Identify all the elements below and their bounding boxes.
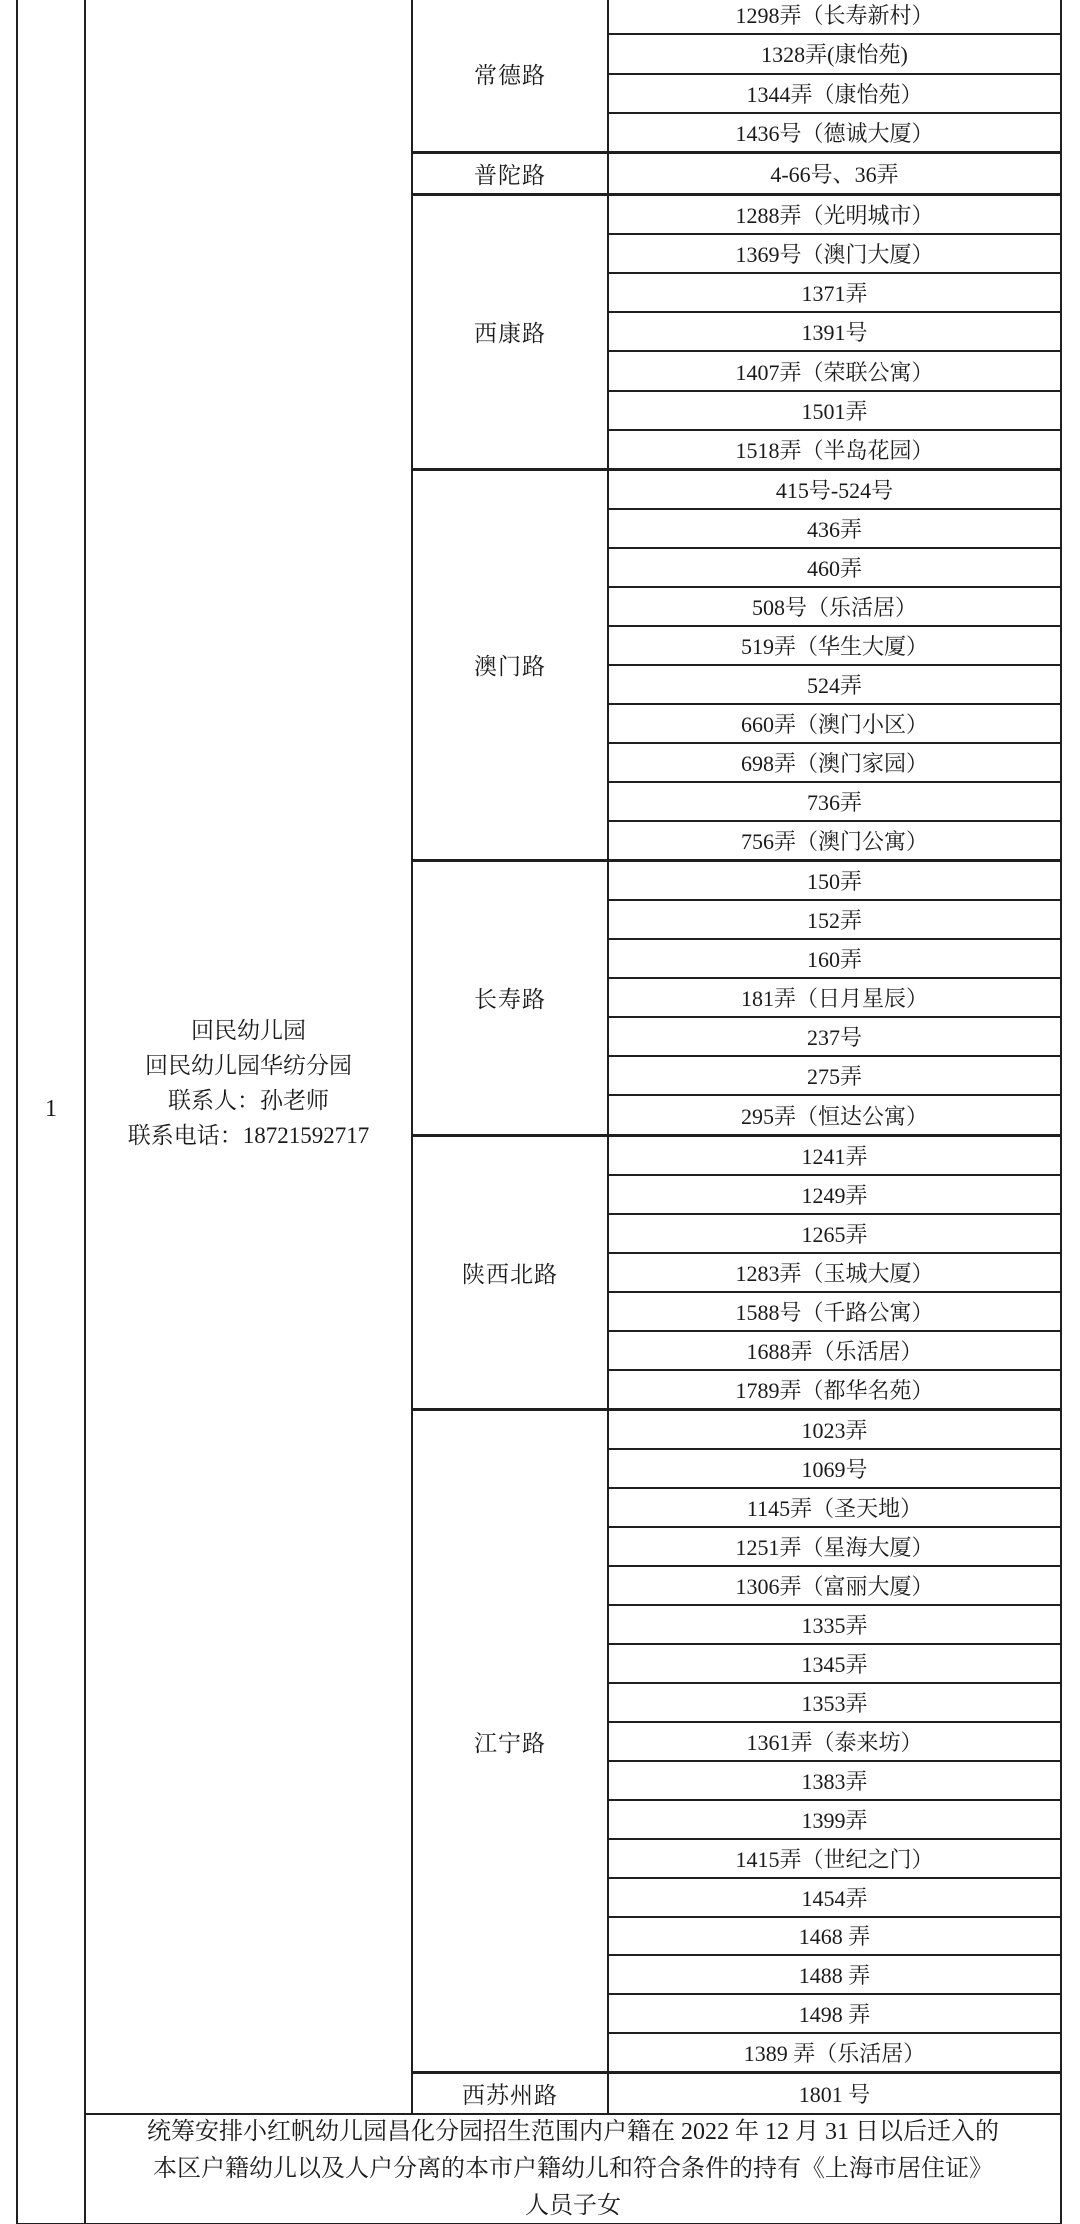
address-list: 1023弄1069号1145弄（圣天地）1251弄（星海大厦）1306弄（富丽大…	[609, 1411, 1060, 2071]
address-cell: 1344弄（康怡苑）	[609, 75, 1060, 114]
street-groups: 常德路1298弄（长寿新村）1328弄(康怡苑)1344弄（康怡苑）1436号（…	[413, 0, 1060, 2113]
address-cell: 1251弄（星海大厦）	[609, 1528, 1060, 1567]
street-name-cell: 西苏州路	[413, 2074, 609, 2113]
address-cell: 660弄（澳门小区）	[609, 705, 1060, 744]
street-name-cell: 陕西北路	[413, 1137, 609, 1409]
address-cell: 295弄（恒达公寓）	[609, 1096, 1060, 1133]
address-cell: 1488 弄	[609, 1956, 1060, 1995]
school-info-cell: 回民幼儿园回民幼儿园华纺分园联系人：孙老师联系电话：18721592717	[86, 0, 413, 2113]
document-page: 1 回民幼儿园回民幼儿园华纺分园联系人：孙老师联系电话：18721592717 …	[0, 0, 1080, 2224]
address-cell: 1369号（澳门大厦）	[609, 235, 1060, 274]
row-index: 1	[45, 1096, 57, 1123]
address-cell: 1283弄（玉城大厦）	[609, 1254, 1060, 1293]
address-list: 415号-524号436弄460弄508号（乐活居）519弄（华生大厦）524弄…	[609, 471, 1060, 859]
address-cell: 1345弄	[609, 1645, 1060, 1684]
street-group: 陕西北路1241弄1249弄1265弄1283弄（玉城大厦）1588号（千路公寓…	[413, 1137, 1060, 1412]
address-cell: 524弄	[609, 666, 1060, 705]
address-cell: 1391号	[609, 313, 1060, 352]
address-cell: 415号-524号	[609, 471, 1060, 510]
address-cell: 1328弄(康怡苑)	[609, 35, 1060, 74]
address-list: 150弄152弄160弄181弄（日月星辰）237号275弄295弄（恒达公寓）	[609, 862, 1060, 1134]
note-cell: 统筹安排小红帆幼儿园昌化分园招生范围内户籍在 2022 年 12 月 31 日以…	[86, 2113, 1060, 2223]
street-name-cell: 普陀路	[413, 154, 609, 193]
address-cell: 275弄	[609, 1057, 1060, 1096]
street-group: 西康路1288弄（光明城市）1369号（澳门大厦）1371弄1391号1407弄…	[413, 196, 1060, 471]
address-cell: 152弄	[609, 901, 1060, 940]
address-cell: 1371弄	[609, 274, 1060, 313]
school-info-line: 回民幼儿园	[191, 1013, 306, 1048]
address-cell: 1069号	[609, 1450, 1060, 1489]
address-cell: 1361弄（泰来坊）	[609, 1723, 1060, 1762]
address-cell: 4-66号、36弄	[609, 154, 1060, 193]
street-group: 常德路1298弄（长寿新村）1328弄(康怡苑)1344弄（康怡苑）1436号（…	[413, 0, 1060, 154]
address-cell: 519弄（华生大厦）	[609, 627, 1060, 666]
address-list: 1241弄1249弄1265弄1283弄（玉城大厦）1588号（千路公寓）168…	[609, 1137, 1060, 1409]
school-info-line: 联系电话：18721592717	[128, 1118, 370, 1153]
address-cell: 1023弄	[609, 1411, 1060, 1450]
address-list: 1298弄（长寿新村）1328弄(康怡苑)1344弄（康怡苑）1436号（德诚大…	[609, 0, 1060, 151]
address-cell: 1518弄（半岛花园）	[609, 431, 1060, 468]
address-cell: 1801 号	[609, 2074, 1060, 2113]
address-cell: 1454弄	[609, 1879, 1060, 1918]
note-line: 本区户籍幼儿以及人户分离的本市户籍幼儿和符合条件的持有《上海市居住证》	[153, 2151, 993, 2188]
address-cell: 1306弄（富丽大厦）	[609, 1567, 1060, 1606]
note-line: 统筹安排小红帆幼儿园昌化分园招生范围内户籍在 2022 年 12 月 31 日以…	[147, 2114, 999, 2151]
address-cell: 1415弄（世纪之门）	[609, 1840, 1060, 1879]
address-cell: 1383弄	[609, 1762, 1060, 1801]
street-group: 江宁路1023弄1069号1145弄（圣天地）1251弄（星海大厦）1306弄（…	[413, 1411, 1060, 2074]
address-cell: 1399弄	[609, 1801, 1060, 1840]
address-cell: 1501弄	[609, 392, 1060, 431]
address-cell: 1436号（德诚大厦）	[609, 114, 1060, 151]
address-cell: 1288弄（光明城市）	[609, 196, 1060, 235]
address-cell: 1249弄	[609, 1176, 1060, 1215]
address-cell: 756弄（澳门公寓）	[609, 822, 1060, 859]
address-cell: 237号	[609, 1018, 1060, 1057]
street-group: 西苏州路1801 号	[413, 2074, 1060, 2113]
address-cell: 436弄	[609, 510, 1060, 549]
address-cell: 181弄（日月星辰）	[609, 979, 1060, 1018]
street-name-cell: 澳门路	[413, 471, 609, 859]
school-info-line: 回民幼儿园华纺分园	[145, 1048, 352, 1083]
address-cell: 1265弄	[609, 1215, 1060, 1254]
address-list: 1288弄（光明城市）1369号（澳门大厦）1371弄1391号1407弄（荣联…	[609, 196, 1060, 468]
address-list: 4-66号、36弄	[609, 154, 1060, 193]
address-cell: 460弄	[609, 549, 1060, 588]
address-cell: 1688弄（乐活居）	[609, 1332, 1060, 1371]
street-group: 长寿路150弄152弄160弄181弄（日月星辰）237号275弄295弄（恒达…	[413, 862, 1060, 1137]
row-index-cell: 1	[18, 0, 86, 2223]
address-cell: 1353弄	[609, 1684, 1060, 1723]
enrollment-table: 1 回民幼儿园回民幼儿园华纺分园联系人：孙老师联系电话：18721592717 …	[16, 0, 1062, 2224]
address-cell: 1389 弄（乐活居）	[609, 2034, 1060, 2071]
address-cell: 736弄	[609, 783, 1060, 822]
address-cell: 1298弄（长寿新村）	[609, 0, 1060, 35]
address-cell: 1145弄（圣天地）	[609, 1489, 1060, 1528]
street-name-cell: 西康路	[413, 196, 609, 468]
address-cell: 1498 弄	[609, 1995, 1060, 2034]
note-line: 人员子女	[525, 2188, 621, 2224]
address-cell: 508号（乐活居）	[609, 588, 1060, 627]
address-cell: 150弄	[609, 862, 1060, 901]
address-cell: 1588号（千路公寓）	[609, 1293, 1060, 1332]
street-name-cell: 常德路	[413, 0, 609, 151]
address-cell: 698弄（澳门家园）	[609, 744, 1060, 783]
school-info-line: 联系人：孙老师	[168, 1083, 329, 1118]
address-cell: 1407弄（荣联公寓）	[609, 352, 1060, 391]
street-group: 普陀路4-66号、36弄	[413, 154, 1060, 196]
address-cell: 1241弄	[609, 1137, 1060, 1176]
street-group: 澳门路415号-524号436弄460弄508号（乐活居）519弄（华生大厦）5…	[413, 471, 1060, 862]
address-cell: 1468 弄	[609, 1918, 1060, 1957]
street-name-cell: 江宁路	[413, 1411, 609, 2071]
street-name-cell: 长寿路	[413, 862, 609, 1134]
address-list: 1801 号	[609, 2074, 1060, 2113]
address-cell: 1335弄	[609, 1606, 1060, 1645]
address-cell: 160弄	[609, 940, 1060, 979]
address-cell: 1789弄（都华名苑）	[609, 1371, 1060, 1408]
